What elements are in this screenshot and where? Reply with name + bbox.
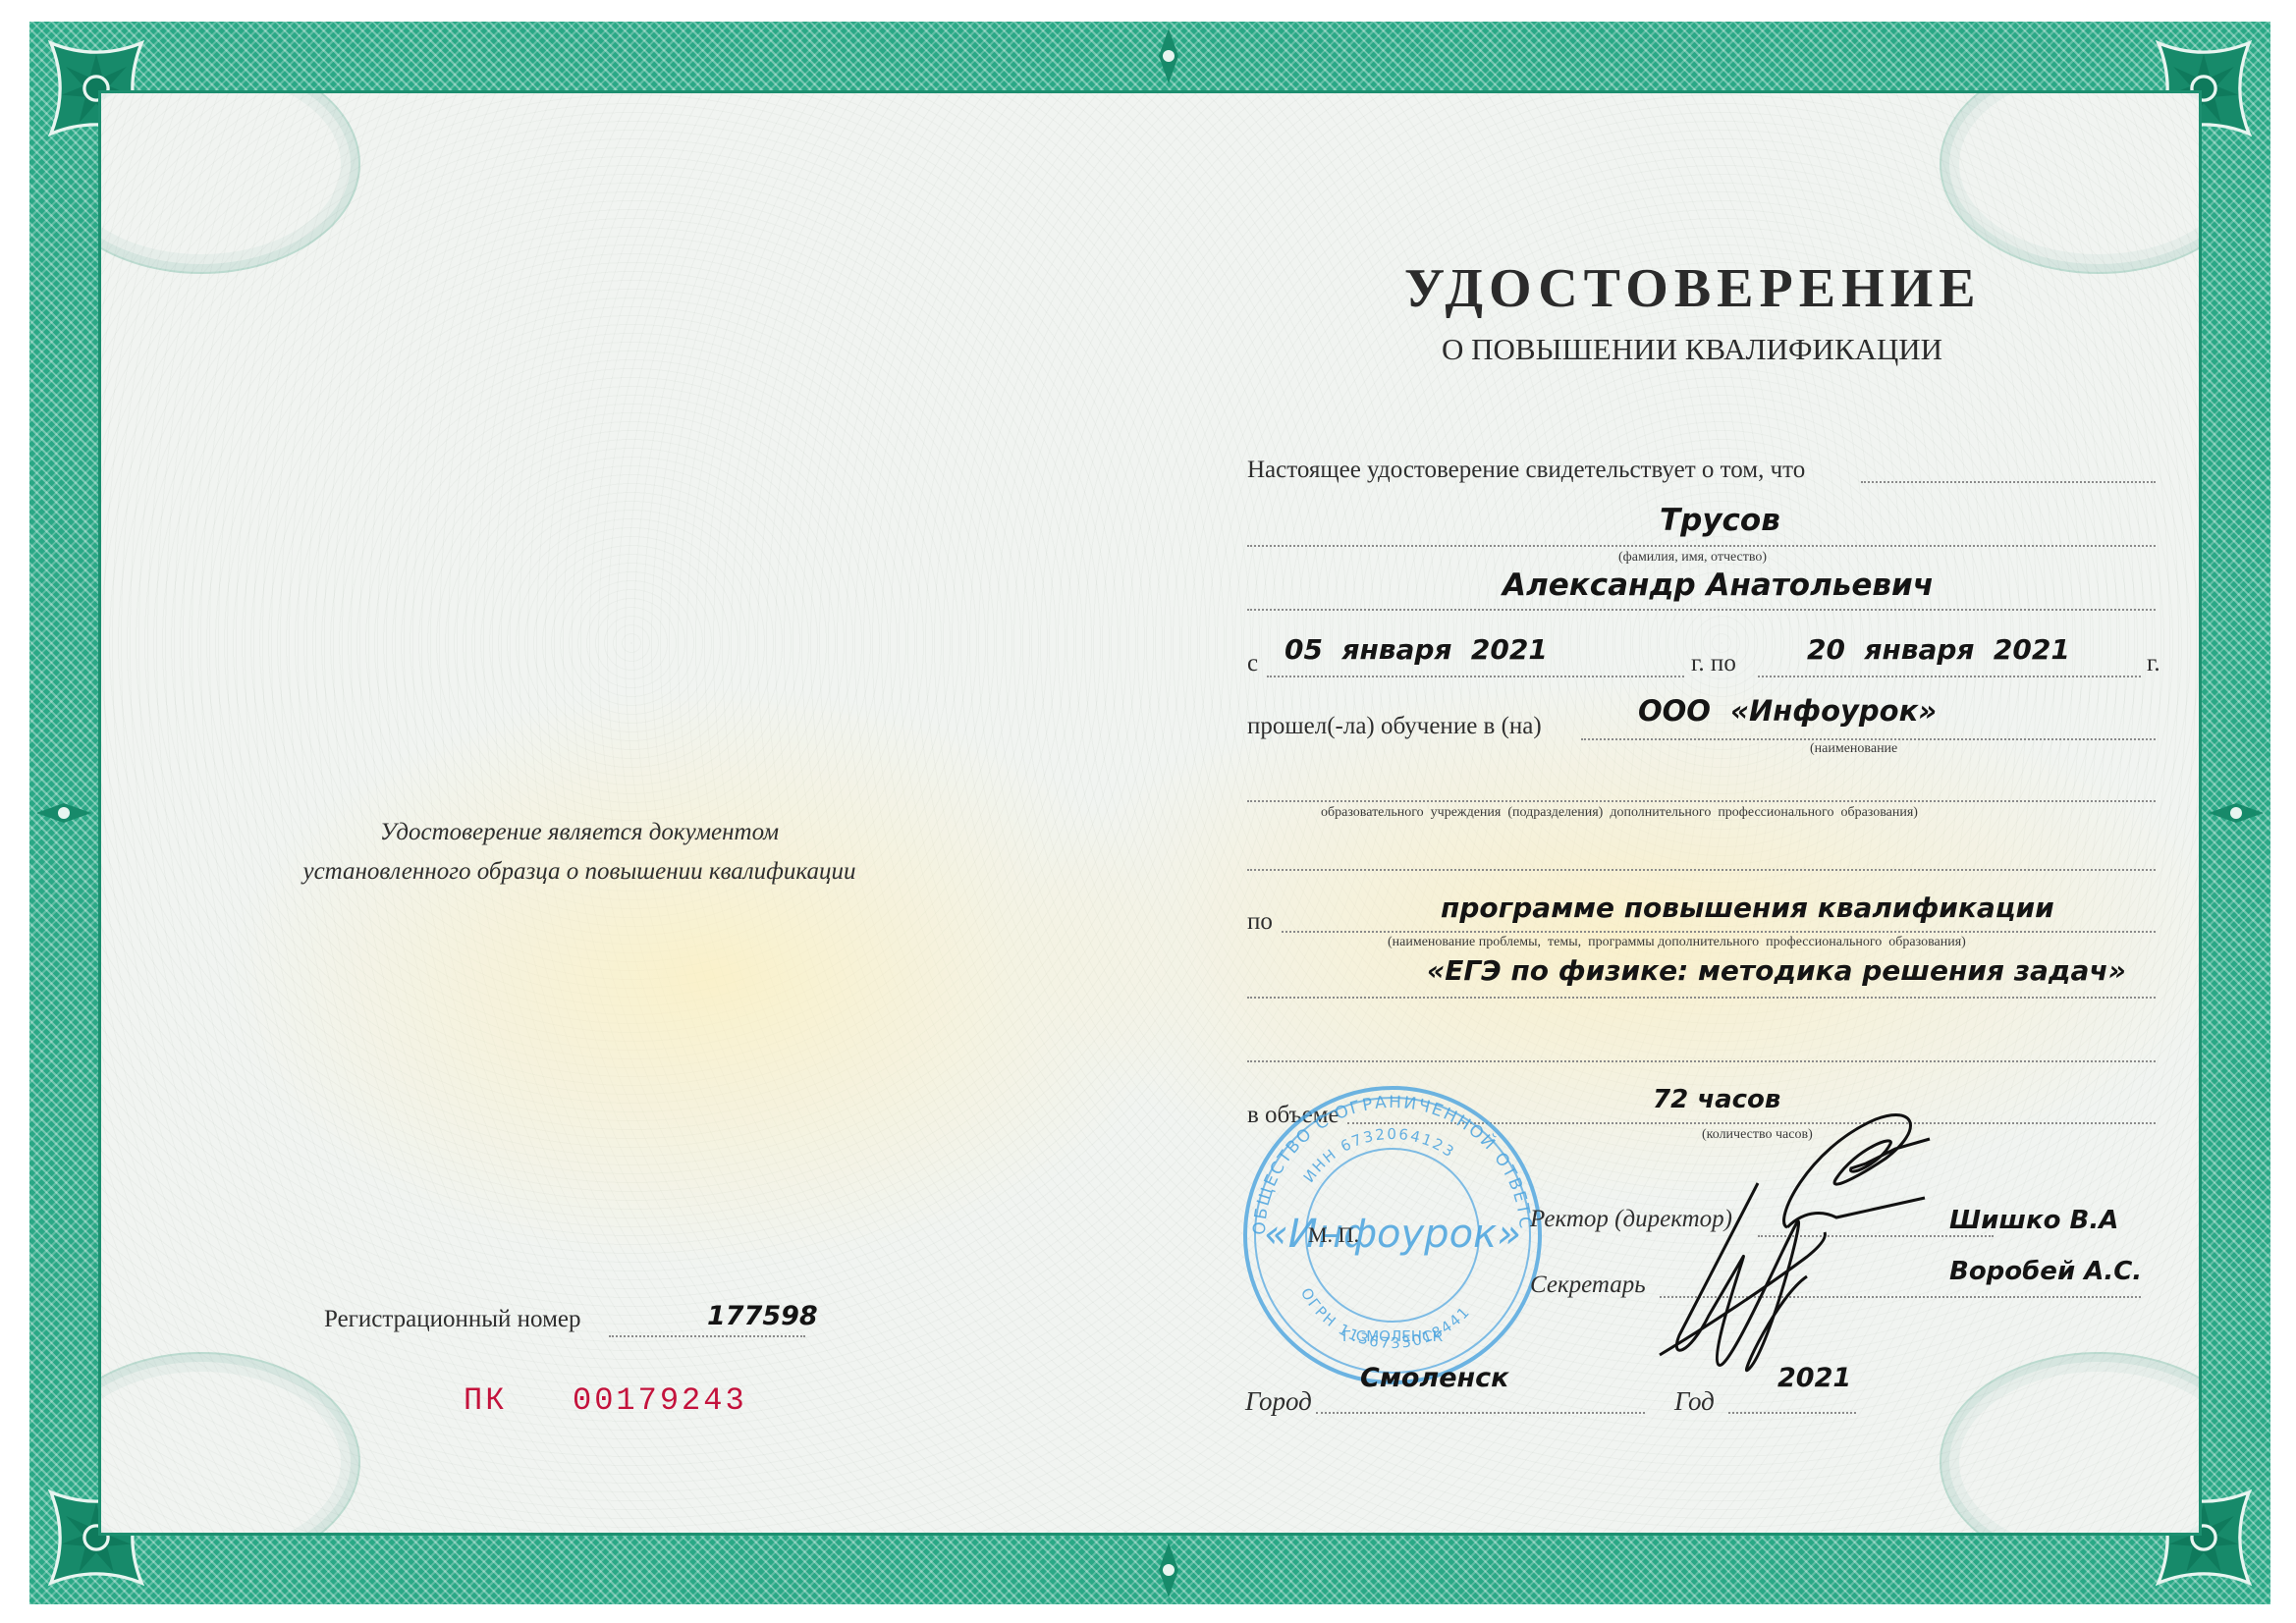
svg-text:ИНН 6732064123: ИНН 6732064123 bbox=[1300, 1125, 1458, 1186]
secretary-name: Воробей А.С. bbox=[1949, 1257, 2142, 1286]
fill-line bbox=[1247, 800, 2156, 802]
rector-name: Шишко В.А bbox=[1949, 1206, 2118, 1235]
certificate-title: УДОСТОВЕРЕНИЕ bbox=[1404, 257, 1982, 320]
validity-note-line-2: установленного образца о повышении квали… bbox=[226, 852, 933, 892]
guilloche-pattern bbox=[1940, 1352, 2202, 1536]
stamp-place-label: М. П. bbox=[1308, 1222, 1359, 1248]
diamond-ornament-icon bbox=[2207, 784, 2266, 842]
certificate-subtitle: О ПОВЫШЕНИИ КВАЛИФИКАЦИИ bbox=[1442, 332, 1942, 367]
fill-line bbox=[1581, 738, 2156, 740]
serial-number: ПК 00179243 bbox=[464, 1382, 747, 1419]
date-from-value: 05 января 2021 bbox=[1285, 633, 1548, 666]
guilloche-pattern bbox=[1940, 90, 2202, 274]
fill-line bbox=[1247, 545, 2156, 547]
year-label: Год bbox=[1674, 1386, 1715, 1417]
organization-value: ООО «Инфоурок» bbox=[1638, 694, 1937, 728]
city-label: Город bbox=[1245, 1386, 1312, 1417]
intro-text: Настоящее удостоверение свидетельствует … bbox=[1247, 457, 1805, 484]
serial-prefix: ПК bbox=[464, 1382, 507, 1419]
program-hint: (наименование проблемы, темы, программы … bbox=[1388, 935, 1966, 950]
fill-line bbox=[609, 1335, 805, 1337]
serial-digits: 00179243 bbox=[573, 1382, 747, 1419]
name-hint: (фамилия, имя, отчество) bbox=[1618, 550, 1767, 566]
svg-text:Г.СМОЛЕНСК: Г.СМОЛЕНСК bbox=[1342, 1327, 1444, 1345]
volume-value: 72 часов bbox=[1653, 1085, 1780, 1114]
secretary-signature bbox=[1650, 1178, 1836, 1384]
year-value: 2021 bbox=[1777, 1363, 1851, 1393]
validity-note: Удостоверение является документом устано… bbox=[226, 813, 933, 892]
fill-line bbox=[1316, 1412, 1645, 1414]
surname-value: Трусов bbox=[1660, 503, 1780, 538]
fill-line bbox=[1758, 676, 2141, 677]
program-name-value: «ЕГЭ по физике: методика решения задач» bbox=[1427, 954, 2126, 987]
date-mid-text: г. по bbox=[1691, 650, 1736, 677]
fill-line bbox=[1247, 869, 2156, 871]
fill-line bbox=[1282, 931, 2156, 933]
guilloche-pattern bbox=[98, 1352, 360, 1536]
org-hint-1: (наименование bbox=[1810, 741, 1897, 757]
fill-line bbox=[1247, 1060, 2156, 1062]
diamond-ornament-icon bbox=[34, 784, 93, 842]
date-suffix: г. bbox=[2147, 650, 2160, 677]
city-value: Смоленск bbox=[1360, 1363, 1509, 1393]
registration-label: Регистрационный номер bbox=[324, 1306, 581, 1333]
fill-line bbox=[1247, 609, 2156, 611]
fill-line bbox=[1728, 1412, 1856, 1414]
registration-number: 177598 bbox=[707, 1301, 818, 1331]
guilloche-pattern bbox=[98, 90, 360, 274]
program-type-value: программе повышения квалификации bbox=[1441, 892, 2054, 924]
org-hint-2: образовательного учреждения (подразделен… bbox=[1321, 805, 1918, 821]
program-prefix: по bbox=[1247, 908, 1273, 936]
given-names-value: Александр Анатольевич bbox=[1503, 568, 1934, 603]
diamond-ornament-icon bbox=[1139, 1541, 1198, 1599]
diamond-ornament-icon bbox=[1139, 27, 1198, 85]
svg-text:«Инфоурок»: «Инфоурок» bbox=[1264, 1212, 1521, 1257]
fill-line bbox=[1861, 481, 2156, 483]
date-from-prefix: с bbox=[1247, 650, 1258, 677]
trained-at-label: прошел(-ла) обучение в (на) bbox=[1247, 713, 1542, 740]
organization-stamp: ОБЩЕСТВО С ОГРАНИЧЕННОЙ ОТВЕТСТВЕННОСТЬЮ… bbox=[1235, 1078, 1550, 1392]
secretary-label: Секретарь bbox=[1530, 1271, 1646, 1299]
date-to-value: 20 января 2021 bbox=[1807, 633, 2070, 666]
validity-note-line-1: Удостоверение является документом bbox=[226, 813, 933, 852]
fill-line bbox=[1247, 997, 2156, 999]
fill-line bbox=[1267, 676, 1684, 677]
